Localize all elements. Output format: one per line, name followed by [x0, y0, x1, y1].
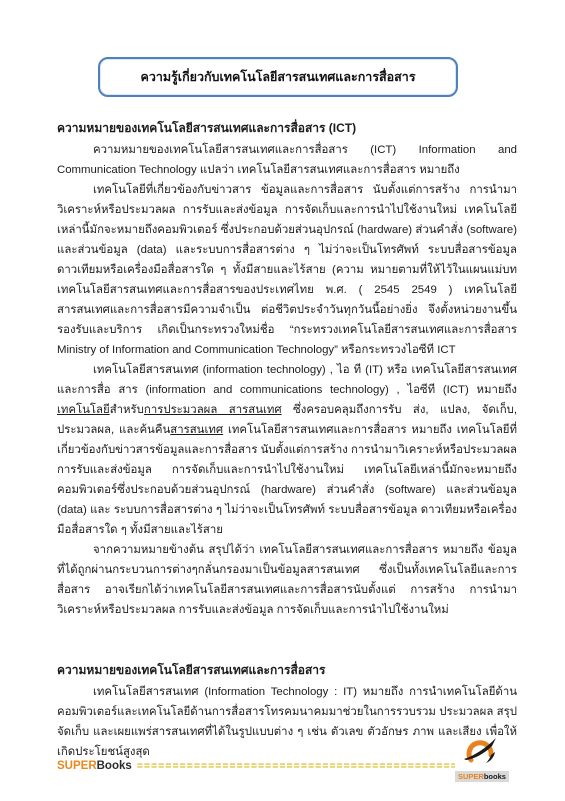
superbooks-logo-label: SUPERbooks	[455, 771, 509, 782]
logo-label-super: SUPER	[458, 772, 484, 781]
footer-brand-books: Books	[97, 760, 132, 772]
superbooks-logo: SUPERbooks	[455, 736, 505, 784]
text-run: สำหรับ	[110, 404, 144, 416]
chapter-title-box: ความรู้เกี่ยวกับเทคโนโลยีสารสนเทศและการส…	[98, 57, 458, 97]
text-run: เทคโนโลยีสารสนเทศและการสื่อสาร หมายถึง เ…	[57, 424, 517, 536]
footer-divider-dashes: ========================================…	[137, 760, 455, 772]
paragraph: เทคโนโลยีที่เกี่ยวข้องกับข่าวสาร ข้อมูลแ…	[57, 180, 517, 360]
underlined-text: เทคโนโลยี	[57, 404, 110, 416]
footer-brand-super: SUPER	[57, 760, 97, 772]
text-run: เทคโนโลยีสารสนเทศ (information technolog…	[57, 364, 517, 396]
paragraph: ความหมายของเทคโนโลยีสารสนเทศและการสื่อสา…	[57, 140, 517, 180]
page-footer: SUPERBooks =============================…	[57, 760, 455, 772]
paragraph: เทคโนโลยีสารสนเทศ (information technolog…	[57, 360, 517, 540]
footer-brand: SUPERBooks	[57, 760, 132, 772]
logo-label-books: books	[484, 772, 506, 781]
chapter-title: ความรู้เกี่ยวกับเทคโนโลยีสารสนเทศและการส…	[140, 67, 415, 87]
underlined-text: การประมวลผล สารสนเทศ	[144, 404, 282, 416]
document-page: ความรู้เกี่ยวกับเทคโนโลยีสารสนเทศและการส…	[0, 0, 565, 801]
paragraph: จากความหมายข้างต้น สรุปได้ว่า เทคโนโลยีส…	[57, 540, 517, 620]
superbooks-logo-icon	[462, 736, 498, 766]
section1-heading: ความหมายของเทคโนโลยีสารสนเทศและการสื่อสา…	[57, 118, 517, 138]
section2-heading: ความหมายของเทคโนโลยีสารสนเทศและการสื่อสา…	[57, 660, 517, 680]
document-body: ความหมายของเทคโนโลยีสารสนเทศและการสื่อสา…	[57, 118, 517, 762]
paragraph: เทคโนโลยีสารสนเทศ (Information Technolog…	[57, 682, 517, 762]
underlined-text: สารสนเทศ	[170, 424, 223, 436]
